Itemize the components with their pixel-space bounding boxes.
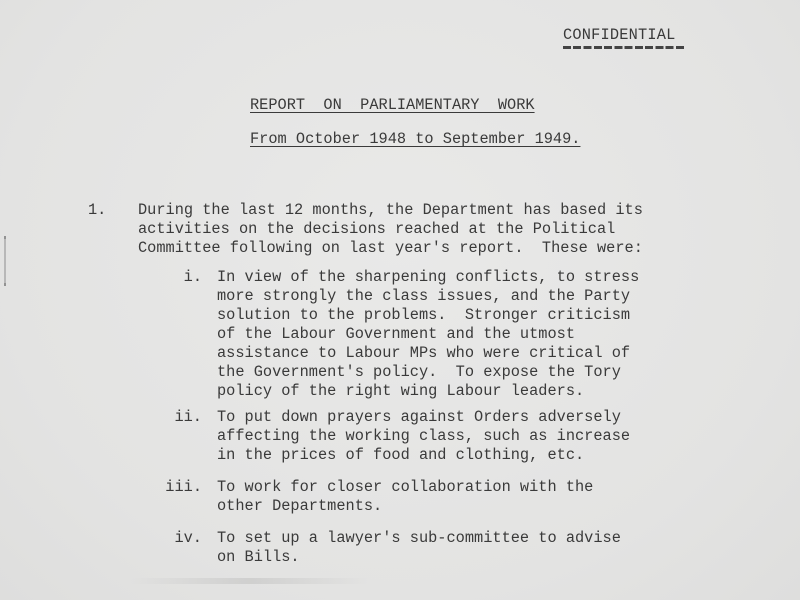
classification-label: CONFIDENTIAL <box>563 26 676 45</box>
list-item-number: ii. <box>150 408 202 427</box>
list-item-text: To work for closer collaboration with th… <box>217 478 593 516</box>
list-item-text: In view of the sharpening conflicts, to … <box>217 268 639 401</box>
paragraph-text: During the last 12 months, the Departmen… <box>138 201 718 258</box>
document-page: CONFIDENTIAL REPORT ON PARLIAMENTARY WOR… <box>0 0 800 600</box>
faint-bleedthrough-text <box>130 578 370 584</box>
binder-punch-mark <box>4 236 6 286</box>
list-item-number: i. <box>150 268 202 287</box>
report-period: From October 1948 to September 1949. <box>250 130 580 149</box>
list-item-number: iv. <box>150 529 202 548</box>
list-item-text: To set up a lawyer's sub-committee to ad… <box>217 529 621 567</box>
classification-underline <box>563 46 686 49</box>
list-item-number: iii. <box>150 478 202 497</box>
report-title: REPORT ON PARLIAMENTARY WORK <box>250 96 535 115</box>
paragraph-number: 1. <box>88 201 106 220</box>
list-item-text: To put down prayers against Orders adver… <box>217 408 630 465</box>
